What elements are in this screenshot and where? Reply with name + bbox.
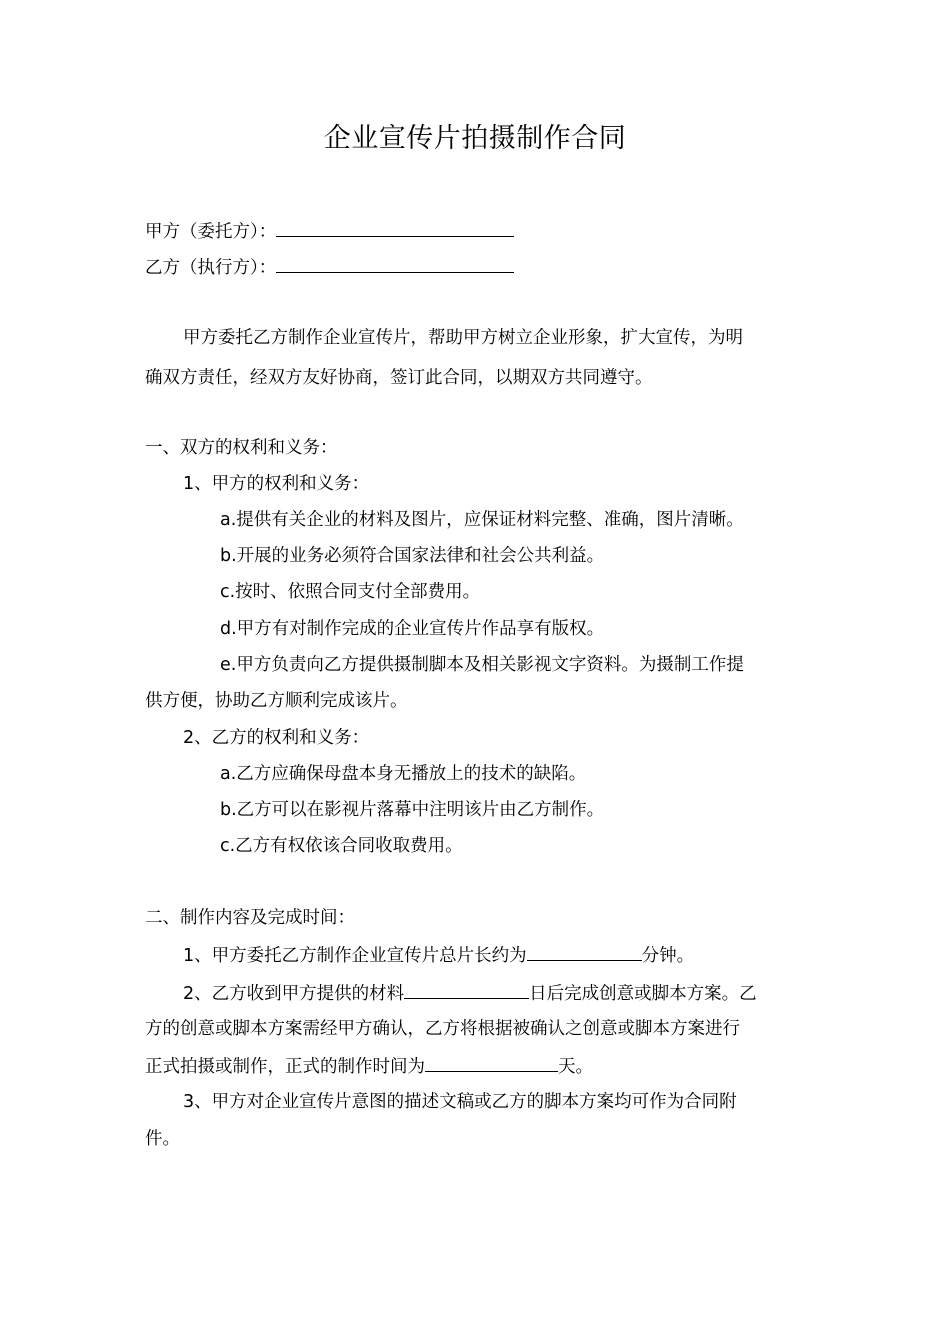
preamble-line-2: 确双方责任，经双方友好协商，签订此合同，以期双方共同遵守。 [145, 366, 653, 390]
party-a-label: 甲方（委托方）： [145, 222, 276, 242]
party-b-duty-c: c.乙方有权依该合同收取费用。 [220, 834, 463, 858]
party-a-row: 甲方（委托方）： [145, 218, 514, 244]
party-a-duty-e-continued: 供方便，协助乙方顺利完成该片。 [145, 689, 408, 713]
section-1-heading: 一、双方的权利和义务： [145, 436, 338, 460]
document-page: 企业宣传片拍摄制作合同 甲方（委托方）： 乙方（执行方）： 甲方委托乙方制作企业… [0, 0, 950, 1344]
item-1-text: 1、甲方委托乙方制作企业宣传片总片长约为 [183, 946, 527, 966]
item-2-text: 2、乙方收到甲方提供的材料 [183, 984, 404, 1004]
section-2-item-1: 1、甲方委托乙方制作企业宣传片总片长约为分钟。 [183, 942, 694, 968]
party-b-label: 乙方（执行方）： [145, 258, 276, 278]
document-title: 企业宣传片拍摄制作合同 [0, 120, 950, 158]
party-a-duty-e: e.甲方负责向乙方提供摄制脚本及相关影视文字资料。为摄制工作提 [220, 653, 744, 677]
party-b-duty-a: a.乙方应确保母盘本身无播放上的技术的缺陷。 [220, 762, 586, 786]
preamble-line-1: 甲方委托乙方制作企业宣传片，帮助甲方树立企业形象，扩大宣传，为明 [183, 326, 743, 350]
item-2-line-3-text: 正式拍摄或制作，正式的制作时间为 [145, 1057, 425, 1077]
section-1-sub-2-heading: 2、乙方的权利和义务： [183, 726, 369, 750]
production-days-blank[interactable] [425, 1053, 558, 1072]
party-a-duty-b: b.开展的业务必须符合国家法律和社会公共利益。 [220, 544, 604, 568]
item-2-text-after: 日后完成创意或脚本方案。乙 [529, 984, 757, 1004]
section-2-item-3-line-1: 3、甲方对企业宣传片意图的描述文稿或乙方的脚本方案均可作为合同附 [183, 1090, 737, 1114]
party-a-duty-c: c.按时、依照合同支付全部费用。 [220, 580, 480, 604]
section-2-item-3-line-2: 件。 [145, 1127, 180, 1151]
party-b-blank[interactable] [276, 254, 514, 273]
party-b-duty-b: b.乙方可以在影视片落幕中注明该片由乙方制作。 [220, 798, 604, 822]
section-2-item-2-line-3: 正式拍摄或制作，正式的制作时间为天。 [145, 1053, 593, 1079]
item-2-line-3-unit: 天。 [558, 1057, 593, 1077]
item-1-unit: 分钟。 [642, 946, 695, 966]
duration-minutes-blank[interactable] [527, 942, 642, 961]
section-2-heading: 二、制作内容及完成时间： [145, 906, 355, 930]
party-a-blank[interactable] [276, 218, 514, 237]
section-2-item-2-line-2: 方的创意或脚本方案需经甲方确认，乙方将根据被确认之创意或脚本方案进行 [145, 1017, 740, 1041]
party-a-duty-d: d.甲方有对制作完成的企业宣传片作品享有版权。 [220, 617, 604, 641]
party-a-duty-a: a.提供有关企业的材料及图片，应保证材料完整、准确，图片清晰。 [220, 508, 744, 532]
section-2-item-2-line-1: 2、乙方收到甲方提供的材料日后完成创意或脚本方案。乙 [183, 980, 757, 1006]
section-1-sub-1-heading: 1、甲方的权利和义务： [183, 472, 369, 496]
party-b-row: 乙方（执行方）： [145, 254, 514, 280]
script-days-blank[interactable] [404, 980, 529, 999]
